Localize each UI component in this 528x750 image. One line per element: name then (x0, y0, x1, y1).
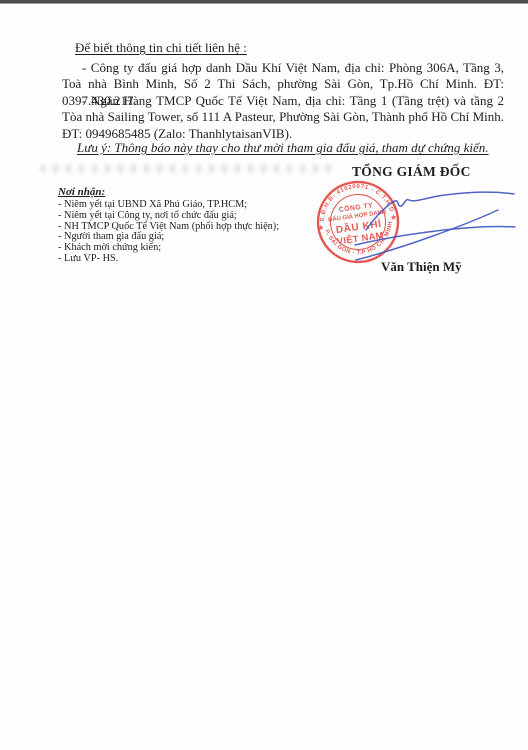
signer-name: Văn Thiện Mỹ (381, 259, 462, 275)
contact-heading: Để biết thông tin chi tiết liên hệ : (62, 40, 247, 56)
paragraph-bank: - Ngân Hàng TMCP Quốc Tế Việt Nam, địa c… (62, 93, 504, 142)
note-line: Lưu ý: Thông báo này thay cho thư mời th… (62, 140, 512, 156)
scan-bleed-artifact (40, 164, 334, 173)
contact-heading-text: Để biết thông tin chi tiết liên hệ : (75, 40, 247, 55)
recipient-item: - Lưu VP- HS. (58, 254, 279, 265)
seal-star-left-icon: ★ (317, 223, 325, 232)
scan-top-edge (0, 0, 528, 4)
recipient-item: - Niêm yết tại Công ty, nơi tổ chức đấu … (58, 211, 279, 222)
recipients-label: Nơi nhận: (58, 186, 279, 198)
note-text: Lưu ý: Thông báo này thay cho thư mời th… (77, 140, 489, 155)
recipients-block: Nơi nhận: - Niêm yết tại UBND Xã Phú Giá… (58, 186, 279, 265)
scanned-document-page: Để biết thông tin chi tiết liên hệ : - C… (0, 0, 528, 750)
